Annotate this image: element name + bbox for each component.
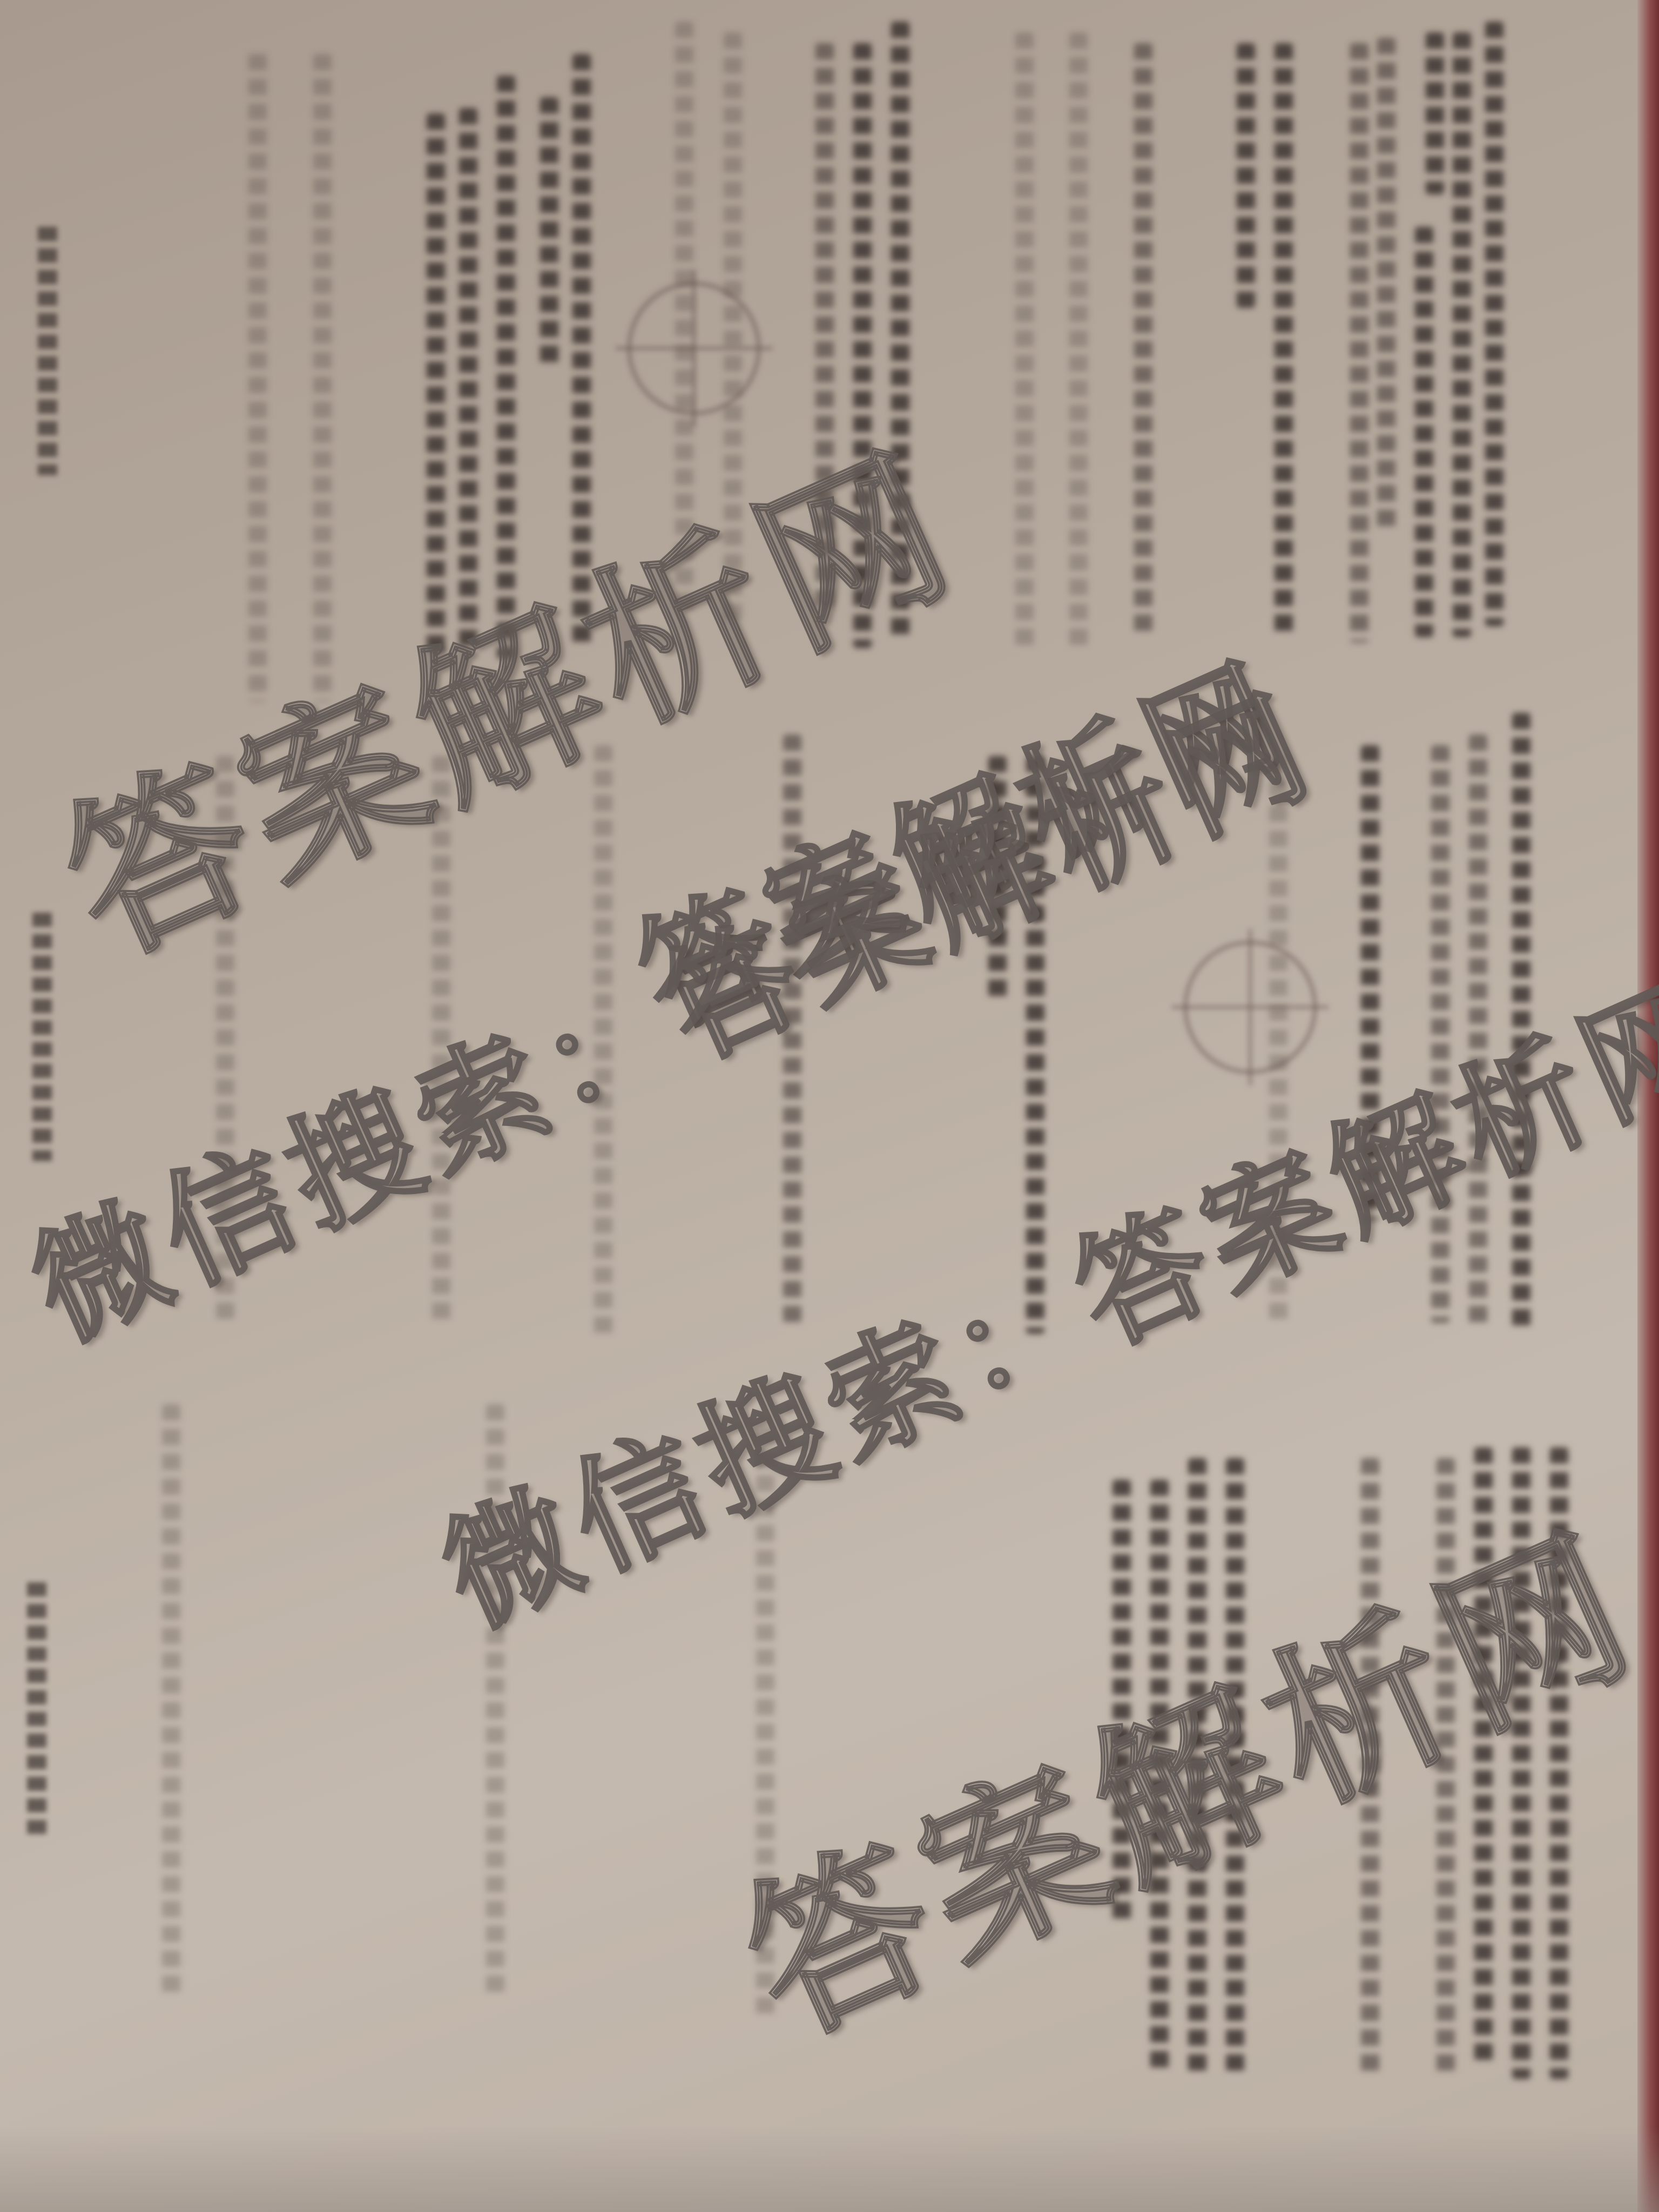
text-column	[1377, 38, 1395, 535]
text-column	[1069, 32, 1088, 648]
text-column	[1350, 43, 1368, 643]
text-column	[1415, 227, 1433, 637]
text-column	[1485, 22, 1503, 626]
text-column	[1274, 43, 1293, 637]
page-shadow	[0, 2126, 1659, 2212]
text-column	[1015, 32, 1034, 648]
text-column	[540, 97, 558, 367]
text-column	[1453, 32, 1471, 637]
page-footer	[32, 913, 52, 1161]
text-column	[162, 1404, 180, 1998]
text-column	[248, 54, 267, 702]
seal-stamp-icon	[1183, 940, 1318, 1075]
text-column	[1134, 43, 1152, 637]
seal-stamp-icon	[626, 281, 761, 416]
text-column	[427, 113, 445, 653]
text-column	[1237, 43, 1255, 308]
text-column	[1426, 32, 1444, 194]
text-column	[313, 54, 332, 702]
page-footer	[38, 227, 57, 475]
page-footer	[27, 1582, 46, 1842]
